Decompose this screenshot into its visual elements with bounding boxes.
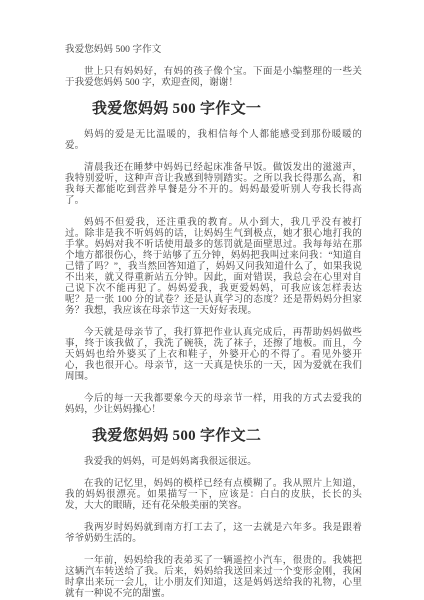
section-1-paragraph-2: 清晨我还在睡梦中妈妈已经起床准备早饭。做饭发出的滋滋声，我特别爱听，这种声音让我… bbox=[65, 163, 362, 207]
section-1-heading: 我爱您妈妈 500 字作文一 bbox=[65, 100, 362, 119]
section-2-paragraph-1: 我爱我的妈妈，可是妈妈离我很远很远。 bbox=[65, 457, 362, 468]
section-1-paragraph-4: 今天就是母亲节了，我打算把作业认真完成后，再帮助妈妈做些事，终于该我做了，我洗了… bbox=[65, 328, 362, 383]
section-2-paragraph-2: 在我的记忆里，妈妈的模样已经有点模糊了。我从照片上知道，我的妈妈很漂亮。如果描写… bbox=[65, 479, 362, 512]
section-2-paragraph-3: 我两岁时妈妈就到南方打工去了，这一去就是六年多。我是跟着爷爷奶奶生活的。 bbox=[65, 523, 362, 545]
document-page: 我爱您妈妈 500 字作文 世上只有妈妈好，有妈的孩子像个宝。下面是小编整理的一… bbox=[0, 0, 424, 600]
section-1-paragraph-5: 今后的每一天我都要象今天的母亲节一样，用我的方式去爱我的妈妈，少让妈妈操心！ bbox=[65, 394, 362, 416]
document-title: 我爱您妈妈 500 字作文 bbox=[65, 45, 362, 56]
section-2-paragraph-4: 一年前，妈妈给我的表弟买了一辆遥控小汽车，很贵的。我姨把这辆汽车转送给了我。后来… bbox=[65, 556, 362, 600]
intro-paragraph: 世上只有妈妈好，有妈的孩子像个宝。下面是小编整理的一些关于我爱您妈妈 500 字… bbox=[65, 67, 362, 89]
section-2-heading: 我爱您妈妈 500 字作文二 bbox=[65, 427, 362, 446]
section-1-paragraph-1: 妈妈的爱是无比温暖的，我相信每个人都能感受到那份暖暖的爱。 bbox=[65, 130, 362, 152]
section-1-paragraph-3: 妈妈不但爱我，还注重我的教育。从小到大，我几乎没有被打过。除非是我不听妈妈的话，… bbox=[65, 218, 362, 317]
